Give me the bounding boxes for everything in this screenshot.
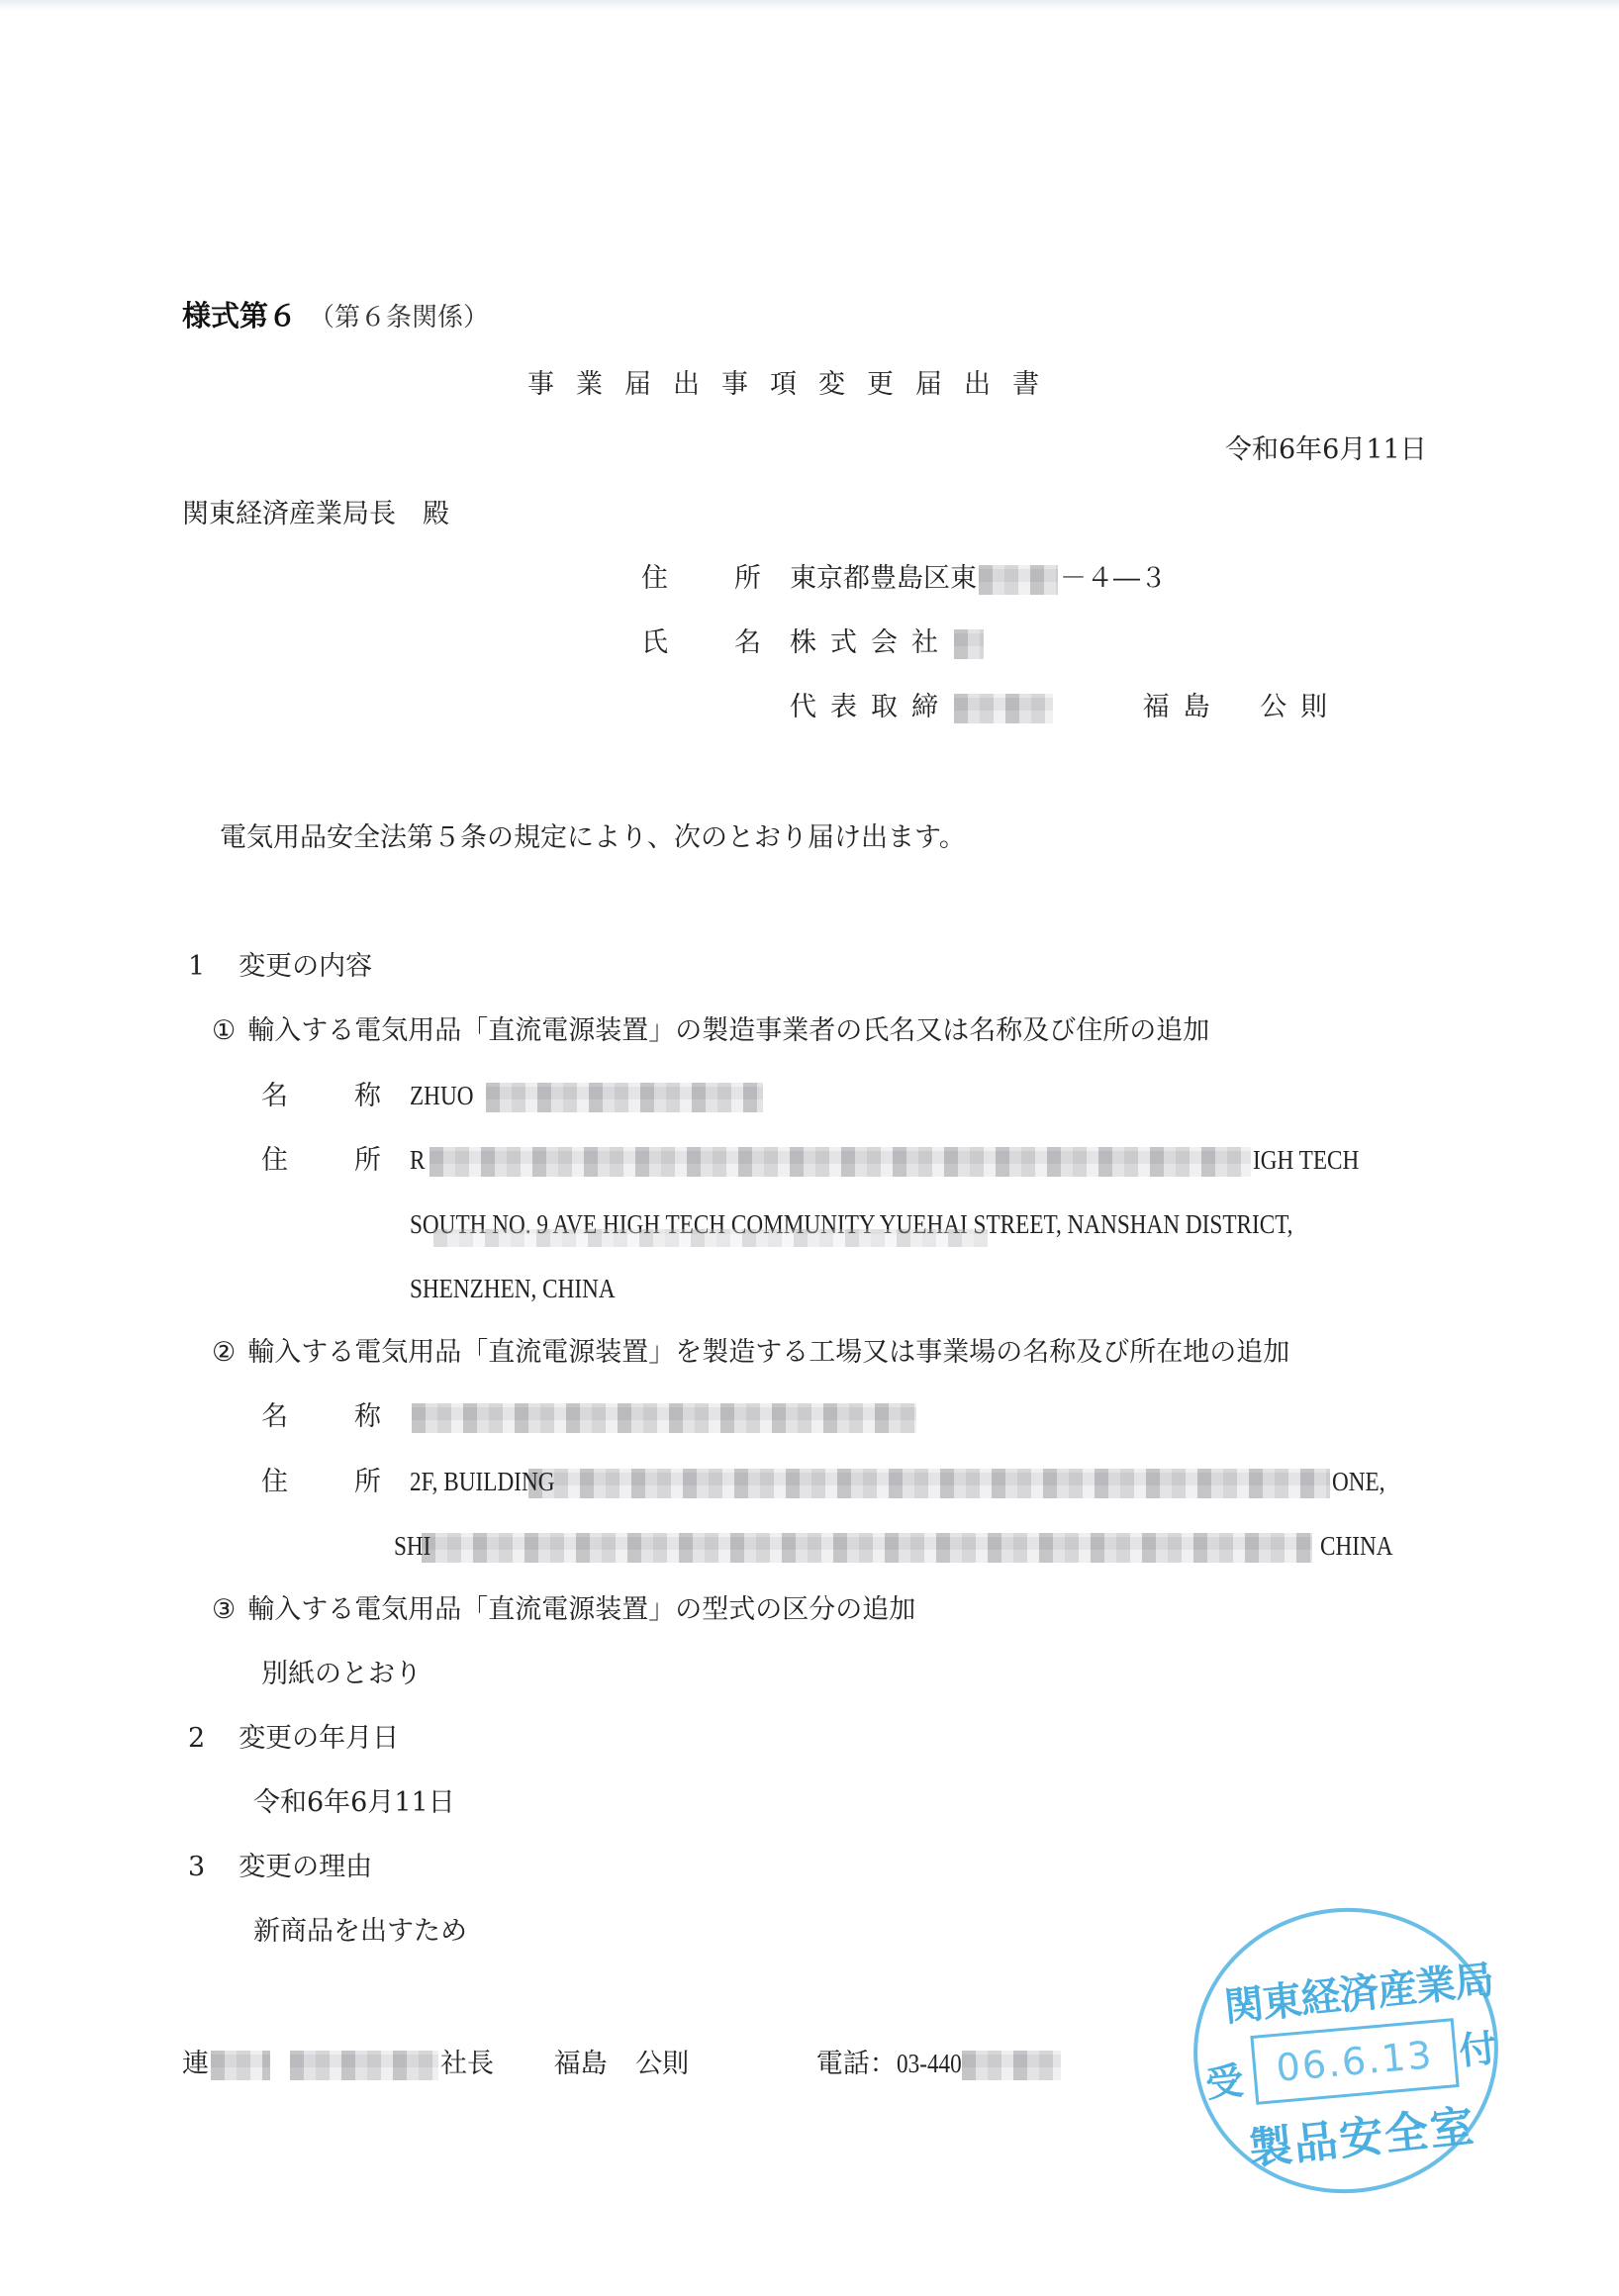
name-label: 名 称 xyxy=(261,1080,410,1113)
item-1-name-row: 名 称ZHUO xyxy=(261,1079,765,1113)
company-prefix: 株式会社 xyxy=(790,627,952,658)
name-label: 名 称 xyxy=(261,1400,410,1434)
change-date: 令和6年6月11日 xyxy=(253,1786,455,1820)
item-3-detail: 別紙のとおり xyxy=(261,1658,422,1691)
contact-label-start: 連 xyxy=(182,2049,209,2079)
address-label: 住 所 xyxy=(261,1144,410,1178)
item-2-name-row: 名 称 xyxy=(261,1400,918,1434)
address-suffix: －４―３ xyxy=(1060,563,1167,594)
form-number: 様式第６ xyxy=(182,299,297,333)
redacted-block xyxy=(412,1403,916,1433)
redacted-block xyxy=(528,1469,1330,1498)
item-2-address-row: 住 所2F, BUILDINGONE, xyxy=(261,1465,1394,1499)
address-prefix: 東京都豊島区東 xyxy=(790,563,977,594)
section-number: 1 xyxy=(188,951,205,982)
item-1-address-line3: SHENZHEN, CHINA xyxy=(410,1272,648,1306)
item-2: ②輸入する電気用品「直流電源装置」を製造する工場又は事業場の名称及び所在地の追加 xyxy=(212,1336,1289,1370)
representative-row: 代表取締 福島 公則 xyxy=(790,691,1341,724)
redacted-block xyxy=(429,1147,1251,1177)
section-title: 変更の内容 xyxy=(238,951,372,982)
item-3: ③輸入する電気用品「直流電源装置」の型式の区分の追加 xyxy=(212,1593,915,1627)
item-text: 輸入する電気用品「直流電源装置」の製造事業者の氏名又は名称及び住所の追加 xyxy=(247,1015,1209,1046)
contact-row: 連社長 福島 公則 電話：03-440 xyxy=(182,2047,1063,2081)
redacted-block xyxy=(954,629,984,659)
section-title: 変更の理由 xyxy=(238,1852,372,1882)
form-header: 様式第６（第６条関係） xyxy=(182,299,489,335)
applicant-name-row: 氏 名株式会社 xyxy=(641,626,986,660)
section-3-heading: 3変更の理由 xyxy=(188,1851,372,1884)
phone-label: 電話： xyxy=(816,2049,897,2079)
change-reason: 新商品を出すため xyxy=(253,1915,467,1949)
address-line3: SHENZHEN, CHINA xyxy=(410,1272,616,1305)
item-2-address-line2: SHICHINA xyxy=(394,1529,1404,1564)
redacted-block xyxy=(211,2051,270,2080)
contact-surname: 福島 xyxy=(554,2049,608,2079)
redacted-block xyxy=(979,565,1058,595)
address-line1-start: 2F, BUILDING xyxy=(410,1465,554,1498)
manufacturer-name: ZHUO xyxy=(410,1079,474,1112)
contact-title-end: 社長 xyxy=(440,2049,494,2079)
name-label: 氏 名 xyxy=(641,626,790,660)
section-2-heading: 2変更の年月日 xyxy=(188,1722,399,1756)
form-relation: （第６条関係） xyxy=(309,303,489,333)
item-text: 輸入する電気用品「直流電源装置」の型式の区分の追加 xyxy=(247,1594,915,1625)
item-text: 輸入する電気用品「直流電源装置」を製造する工場又は事業場の名称及び所在地の追加 xyxy=(247,1337,1289,1368)
section-1-heading: 1変更の内容 xyxy=(188,950,372,984)
address-line2-end: STREET, NANSHAN DISTRICT, xyxy=(974,1209,1293,1239)
redacted-block xyxy=(433,1229,988,1247)
receipt-stamp: 関東経済産業局 受 06.6.13 付 製品安全室 xyxy=(1193,1908,1508,2195)
address-line2-end: CHINA xyxy=(1320,1529,1393,1563)
address-line2-start: SHI xyxy=(394,1529,430,1563)
address-line1-end: IGH TECH xyxy=(1253,1143,1359,1177)
redacted-block xyxy=(290,2051,438,2080)
item-1-address-row: 住 所RIGH TECH xyxy=(261,1143,1377,1178)
redacted-block xyxy=(954,694,1053,723)
section-number: 2 xyxy=(188,1723,205,1754)
contact-given-name: 公則 xyxy=(635,2049,689,2079)
address-label: 住 所 xyxy=(261,1466,410,1499)
applicant-address-row: 住 所東京都豊島区東－４―３ xyxy=(641,562,1167,596)
document-title: 事業届出事項変更届出書 xyxy=(527,368,1061,402)
stamp-left-char: 受 xyxy=(1202,2050,1246,2108)
item-1: ①輸入する電気用品「直流電源装置」の製造事業者の氏名又は名称及び住所の追加 xyxy=(212,1014,1209,1048)
address-line1-end: ONE, xyxy=(1332,1465,1385,1498)
rep-given-name: 公則 xyxy=(1260,692,1341,722)
item-marker: ② xyxy=(212,1337,236,1368)
item-marker: ① xyxy=(212,1015,236,1046)
submission-date: 令和6年6月11日 xyxy=(1225,433,1427,467)
stamp-right-char: 付 xyxy=(1456,2017,1499,2075)
section-title: 変更の年月日 xyxy=(238,1723,399,1754)
redacted-block xyxy=(422,1533,1312,1563)
address-line1-start: R xyxy=(410,1143,425,1177)
intro-statement: 電気用品安全法第５条の規定により、次のとおり届け出ます。 xyxy=(220,821,966,855)
address-label: 住 所 xyxy=(641,562,790,596)
redacted-block xyxy=(486,1083,763,1112)
section-number: 3 xyxy=(188,1852,205,1882)
phone-number: 03-440 xyxy=(897,2047,962,2080)
rep-title-prefix: 代表取締 xyxy=(790,692,952,722)
item-marker: ③ xyxy=(212,1594,236,1625)
rep-surname: 福島 xyxy=(1143,692,1224,722)
addressee: 関東経済産業局長 殿 xyxy=(182,498,449,531)
redacted-block xyxy=(962,2051,1061,2080)
scan-edge xyxy=(0,0,1619,10)
